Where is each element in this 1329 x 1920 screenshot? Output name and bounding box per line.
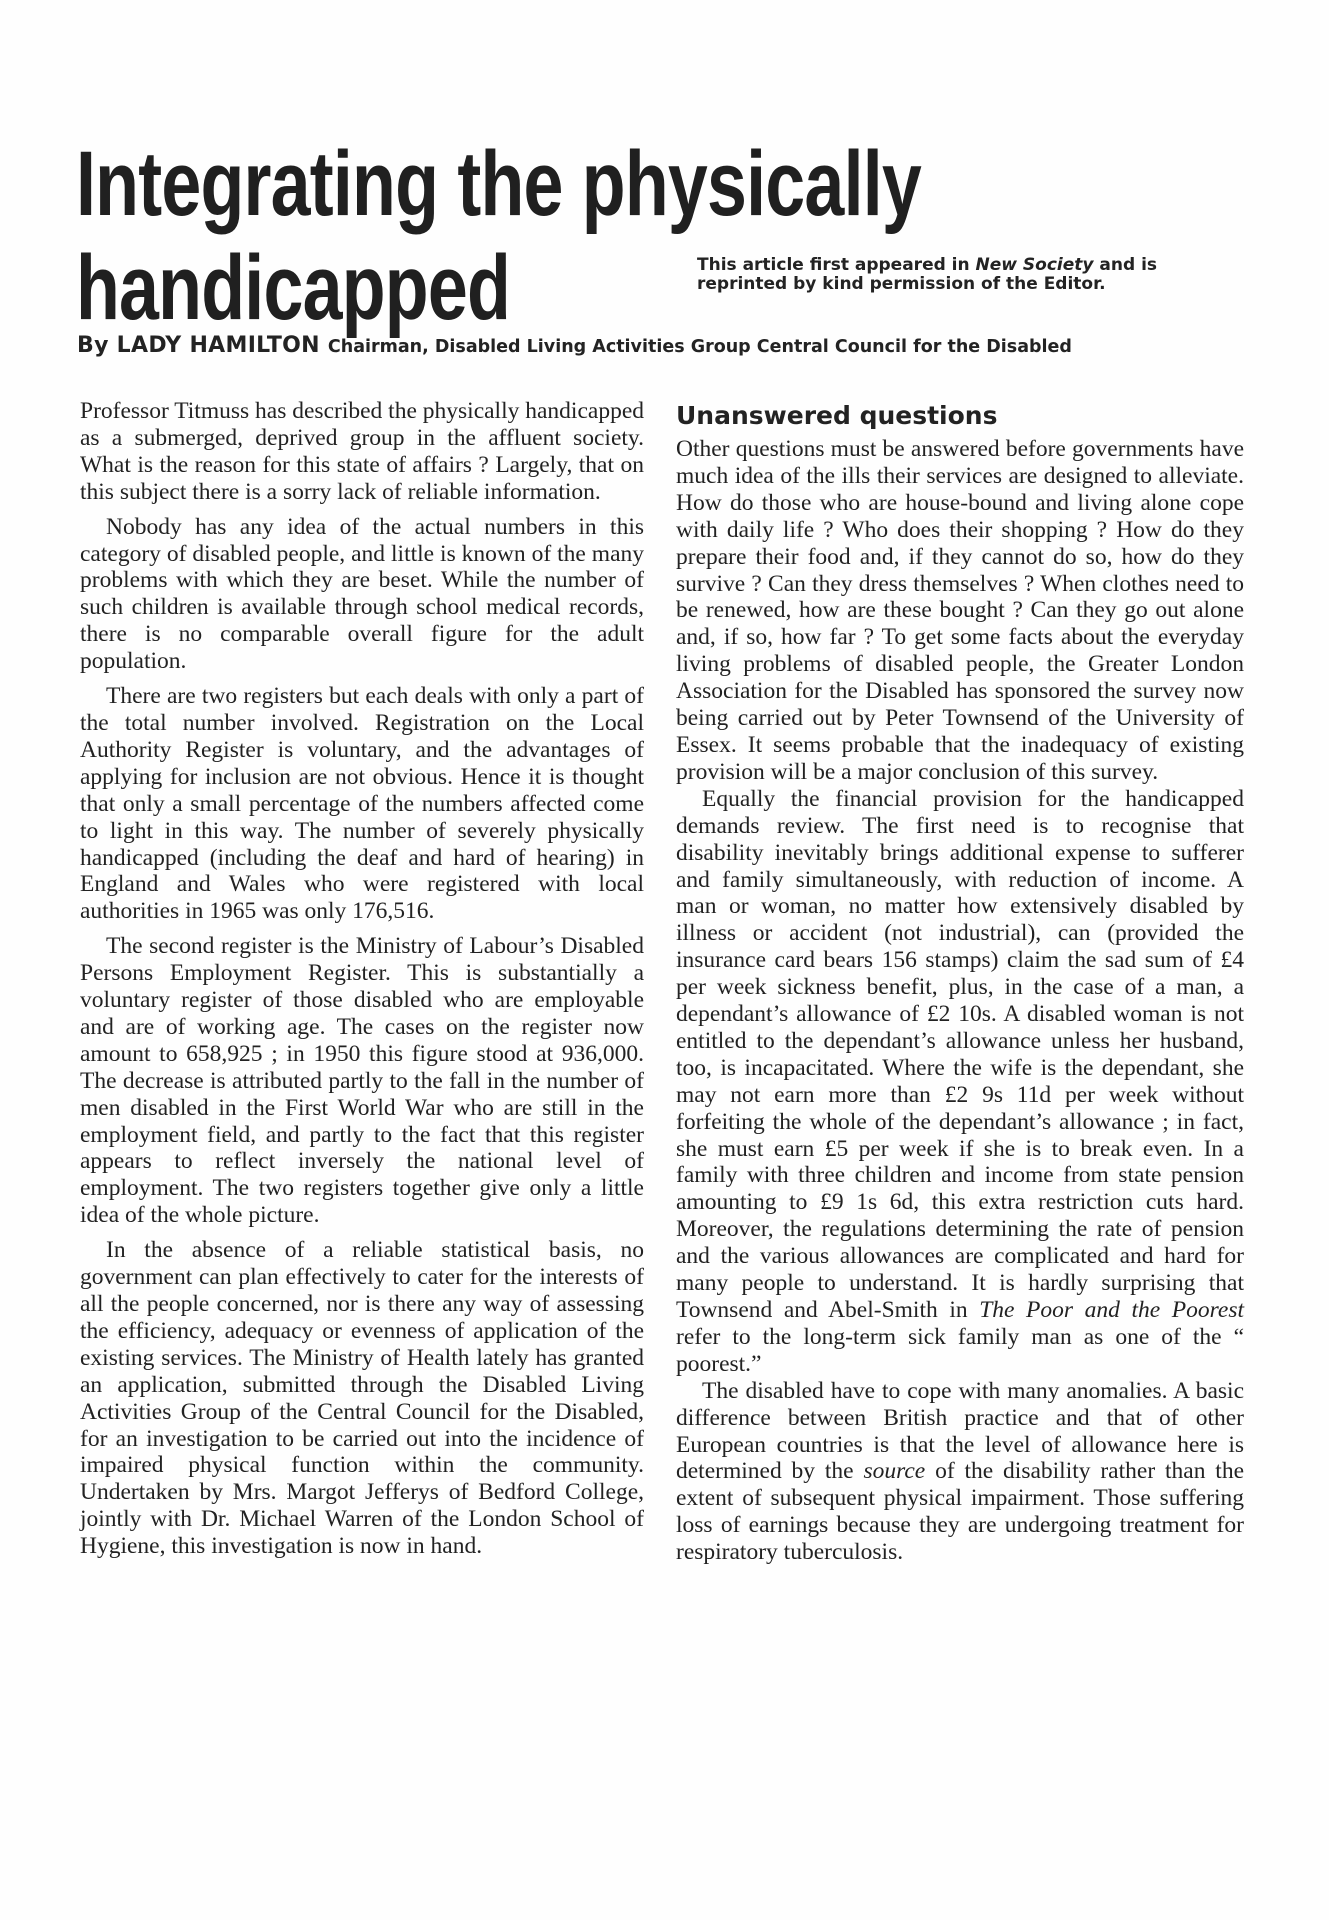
right-column: Unanswered questions Other questions mus… (676, 400, 1244, 1566)
author-name: By LADY HAMILTON (77, 333, 320, 358)
article-title: Integrating the physically handicapped (76, 132, 921, 340)
paragraph-text: refer to the long-term sick family man a… (676, 1324, 1244, 1377)
byline: By LADY HAMILTONChairman, Disabled Livin… (77, 333, 1072, 358)
section-heading: Unanswered questions (676, 400, 1244, 432)
publication-name: New Society (976, 255, 1094, 275)
document-page: Integrating the physically handicapped T… (0, 0, 1329, 1920)
paragraph-text: Equally the financial provision for the … (676, 786, 1244, 1323)
paragraph: Equally the financial provision for the … (676, 786, 1244, 1378)
reprint-note-text-before: This article first appeared in (697, 255, 976, 275)
paragraph: In the absence of a reliable statistical… (80, 1237, 644, 1560)
paragraph: Other questions must be answered before … (676, 436, 1244, 786)
left-column: Professor Titmuss has described the phys… (80, 398, 644, 1568)
paragraph: Nobody has any idea of the actual number… (80, 514, 644, 675)
title-line-1: Integrating the physically (76, 132, 921, 236)
book-title: The Poor and the Poorest (979, 1297, 1244, 1323)
paragraph: Professor Titmuss has described the phys… (80, 398, 644, 506)
paragraph: The disabled have to cope with many anom… (676, 1378, 1244, 1566)
paragraph: The second register is the Ministry of L… (80, 933, 644, 1229)
reprint-note: This article first appeared in New Socie… (697, 256, 1217, 294)
author-role: Chairman, Disabled Living Activities Gro… (328, 337, 1072, 357)
emphasis: source (863, 1458, 925, 1484)
paragraph: There are two registers but each deals w… (80, 683, 644, 925)
